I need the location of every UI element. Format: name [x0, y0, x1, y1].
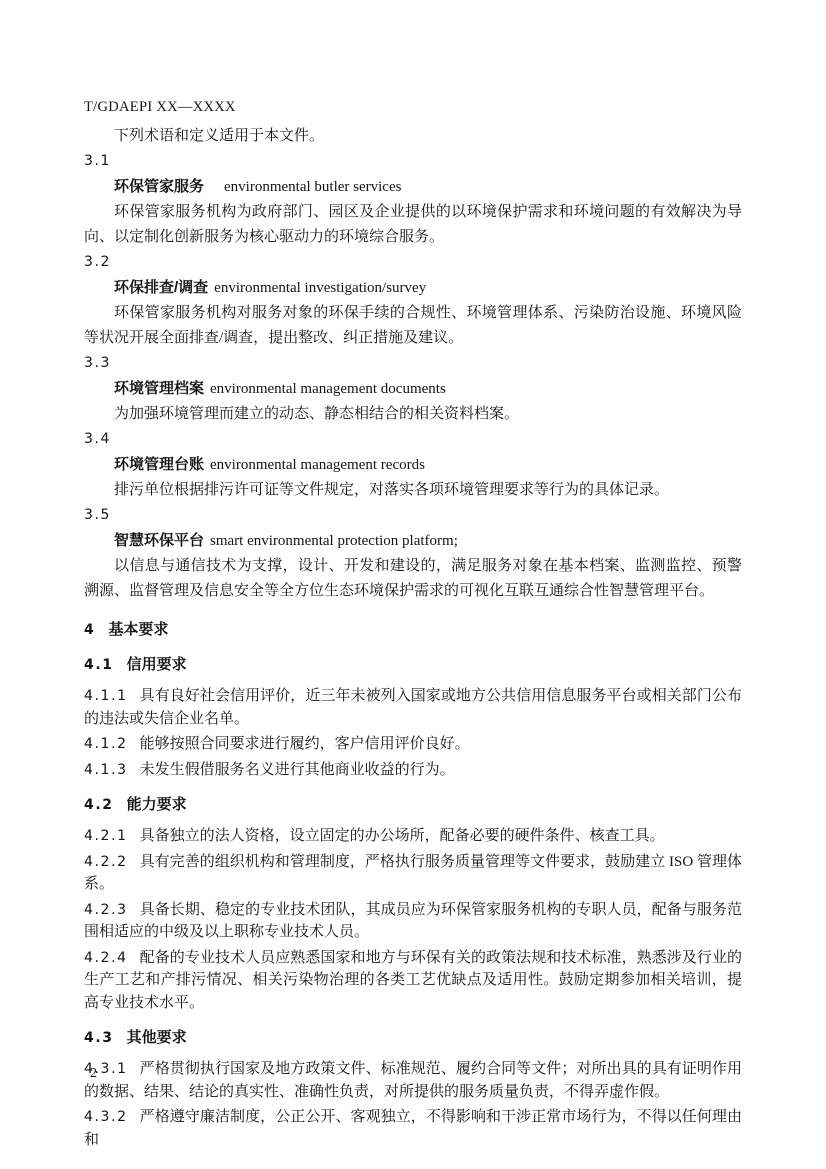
- section-heading: 4.3其他要求: [84, 1027, 742, 1049]
- clause-text: 具有完善的组织机构和管理制度，严格执行服务质量管理等文件要求，鼓励建立 ISO …: [84, 854, 742, 893]
- clause-text: 具备长期、稳定的专业技术团队，其成员应为环保管家服务机构的专职人员，配备与服务范…: [84, 902, 742, 941]
- clause-paragraph: 4.3.2严格遵守廉洁制度，公正公开、客观独立，不得影响和干涉正常市场行为，不得…: [84, 1106, 742, 1151]
- section-heading: 4.1信用要求: [84, 654, 742, 676]
- term-line: 环保管家服务environmental butler services: [84, 174, 742, 200]
- clause-paragraph: 4.3.1严格贯彻执行国家及地方政策文件、标准规范、履约合同等文件；对所出具的具…: [84, 1058, 742, 1103]
- chapter-heading: 4基本要求: [84, 619, 742, 641]
- term-definition: 为加强环境管理而建立的动态、静态相结合的相关资料档案。: [84, 402, 742, 427]
- clause-number: 4.3.2: [84, 1109, 128, 1125]
- chapter-number: 4: [84, 622, 95, 638]
- section-title: 信用要求: [127, 656, 187, 673]
- clause-text: 未发生假借服务名义进行其他商业收益的行为。: [140, 762, 455, 778]
- term-name: 环境管理档案: [114, 380, 204, 397]
- term-block: 3.5 智慧环保平台smart environmental protection…: [84, 503, 742, 604]
- term-english: environmental butler services: [224, 179, 401, 195]
- clause-text: 严格贯彻执行国家及地方政策文件、标准规范、履约合同等文件；对所出具的具有证明作用…: [84, 1061, 742, 1100]
- clause-paragraph: 4.1.3未发生假借服务名义进行其他商业收益的行为。: [84, 759, 742, 782]
- clause-text: 能够按照合同要求进行履约，客户信用评价良好。: [140, 736, 470, 752]
- chapter-title: 基本要求: [108, 621, 168, 638]
- term-name: 智慧环保平台: [114, 532, 204, 549]
- clause-paragraph: 4.1.2能够按照合同要求进行履约，客户信用评价良好。: [84, 733, 742, 756]
- section-number: 4.2: [84, 797, 114, 813]
- term-number: 3.5: [84, 503, 742, 528]
- term-line: 环境管理档案environmental management documents: [84, 376, 742, 402]
- term-block: 3.3 环境管理档案environmental management docum…: [84, 351, 742, 427]
- clause-text: 具备独立的法人资格，设立固定的办公场所，配备必要的硬件条件、核查工具。: [140, 828, 665, 844]
- clause-text: 具有良好社会信用评价，近三年未被列入国家或地方公共信用信息服务平台或相关部门公布…: [84, 688, 742, 727]
- clause-number: 4.1.2: [84, 736, 128, 752]
- term-definition: 以信息与通信技术为支撑，设计、开发和建设的，满足服务对象在基本档案、监测监控、预…: [84, 554, 742, 604]
- clause-paragraph: 4.2.1具备独立的法人资格，设立固定的办公场所，配备必要的硬件条件、核查工具。: [84, 825, 742, 848]
- section-title: 能力要求: [127, 796, 187, 813]
- clause-paragraph: 4.2.4配备的专业技术人员应熟悉国家和地方与环保有关的政策法规和技术标准，熟悉…: [84, 947, 742, 1015]
- document-page: T/GDAEPI XX—XXXX 下列术语和定义适用于本文件。 3.1 环保管家…: [0, 0, 826, 1169]
- section-heading: 4.2能力要求: [84, 794, 742, 816]
- term-english: environmental management records: [210, 457, 425, 473]
- section-number: 4.1: [84, 657, 114, 673]
- term-line: 环保排查/调查environmental investigation/surve…: [84, 275, 742, 301]
- section-number: 4.3: [84, 1030, 114, 1046]
- clause-number: 4.2.2: [84, 854, 128, 870]
- clause-text: 配备的专业技术人员应熟悉国家和地方与环保有关的政策法规和技术标准，熟悉涉及行业的…: [84, 950, 742, 1011]
- term-name: 环境管理台账: [114, 456, 204, 473]
- term-line: 环境管理台账environmental management records: [84, 452, 742, 478]
- term-definition: 排污单位根据排污许可证等文件规定，对落实各项环境管理要求等行为的具体记录。: [84, 478, 742, 503]
- page-number: 2: [90, 1066, 97, 1082]
- term-definition: 环保管家服务机构对服务对象的环保手续的合规性、环境管理体系、污染防治设施、环境风…: [84, 301, 742, 351]
- term-block: 3.4 环境管理台账environmental management recor…: [84, 427, 742, 503]
- term-block: 3.2 环保排查/调查environmental investigation/s…: [84, 250, 742, 351]
- section-title: 其他要求: [127, 1029, 187, 1046]
- term-number: 3.3: [84, 351, 742, 376]
- term-number: 3.4: [84, 427, 742, 452]
- term-name: 环保排查/调查: [114, 279, 208, 296]
- clause-paragraph: 4.1.1具有良好社会信用评价，近三年未被列入国家或地方公共信用信息服务平台或相…: [84, 685, 742, 730]
- clause-paragraph: 4.2.3具备长期、稳定的专业技术团队，其成员应为环保管家服务机构的专职人员，配…: [84, 899, 742, 944]
- terms-section: 下列术语和定义适用于本文件。 3.1 环保管家服务environmental b…: [84, 124, 742, 604]
- term-name: 环保管家服务: [114, 178, 204, 195]
- clause-number: 4.1.3: [84, 762, 128, 778]
- term-number: 3.2: [84, 250, 742, 275]
- term-line: 智慧环保平台smart environmental protection pla…: [84, 528, 742, 554]
- term-number: 3.1: [84, 149, 742, 174]
- term-english: smart environmental protection platform;: [210, 533, 458, 549]
- term-block: 3.1 环保管家服务environmental butler services …: [84, 149, 742, 250]
- term-definition: 环保管家服务机构为政府部门、园区及企业提供的以环境保护需求和环境问题的有效解决为…: [84, 200, 742, 250]
- term-english: environmental investigation/survey: [214, 280, 426, 296]
- term-english: environmental management documents: [210, 381, 446, 397]
- document-content: 下列术语和定义适用于本文件。 3.1 环保管家服务environmental b…: [84, 124, 742, 1154]
- clause-text: 严格遵守廉洁制度，公正公开、客观独立，不得影响和干涉正常市场行为，不得以任何理由…: [84, 1109, 742, 1148]
- clause-number: 4.2.1: [84, 828, 128, 844]
- intro-paragraph: 下列术语和定义适用于本文件。: [84, 124, 742, 149]
- clause-paragraph: 4.2.2具有完善的组织机构和管理制度，严格执行服务质量管理等文件要求，鼓励建立…: [84, 851, 742, 896]
- document-header: T/GDAEPI XX—XXXX: [84, 99, 236, 116]
- clause-number: 4.2.4: [84, 950, 128, 966]
- clause-number: 4.1.1: [84, 688, 128, 704]
- clause-number: 4.2.3: [84, 902, 128, 918]
